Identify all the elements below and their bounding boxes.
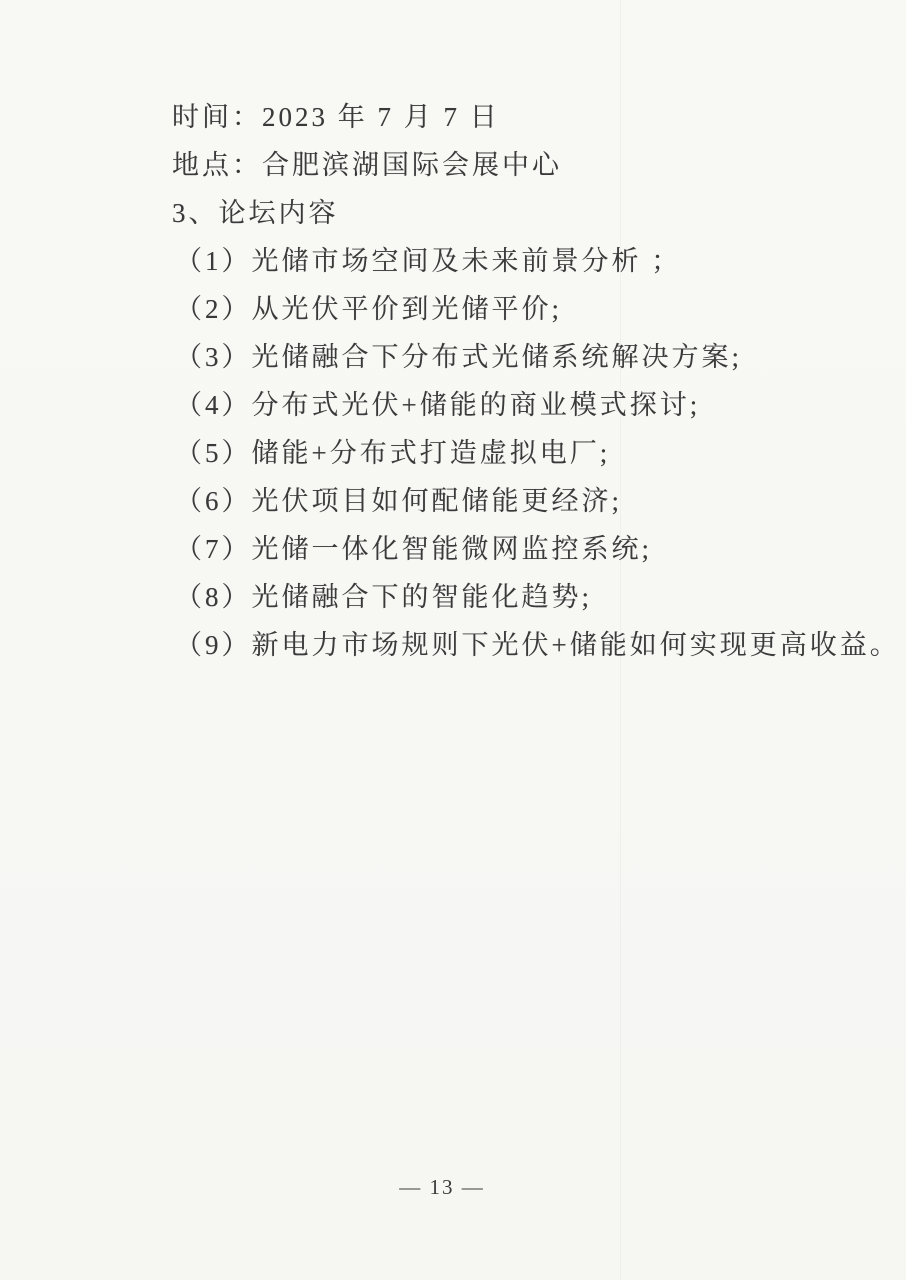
list-item: （9）新电力市场规则下光伏+储能如何实现更高收益。 <box>172 621 792 669</box>
page-footer: — 13 — <box>0 1175 906 1200</box>
list-item: （4）分布式光伏+储能的商业模式探讨; <box>172 381 792 429</box>
meta-location-line: 地点：合肥滨湖国际会展中心 <box>172 141 792 189</box>
list-item: （3）光储融合下分布式光储系统解决方案; <box>172 333 792 381</box>
list-item: （1）光储市场空间及未来前景分析 ； <box>172 237 792 285</box>
meta-time-line: 时间：2023 年 7 月 7 日 <box>172 93 792 141</box>
page-number: — 13 — <box>399 1175 485 1200</box>
list-item: （7）光储一体化智能微网监控系统; <box>172 525 792 573</box>
list-item: （2）从光伏平价到光储平价; <box>172 285 792 333</box>
list-item: （8）光储融合下的智能化趋势; <box>172 573 792 621</box>
list-item: （6）光伏项目如何配储能更经济; <box>172 477 792 525</box>
document-content: 时间：2023 年 7 月 7 日 地点：合肥滨湖国际会展中心 3、论坛内容 （… <box>172 93 792 669</box>
section-heading: 3、论坛内容 <box>172 189 792 237</box>
list-item: （5）储能+分布式打造虚拟电厂; <box>172 429 792 477</box>
document-page: 时间：2023 年 7 月 7 日 地点：合肥滨湖国际会展中心 3、论坛内容 （… <box>0 0 906 1280</box>
